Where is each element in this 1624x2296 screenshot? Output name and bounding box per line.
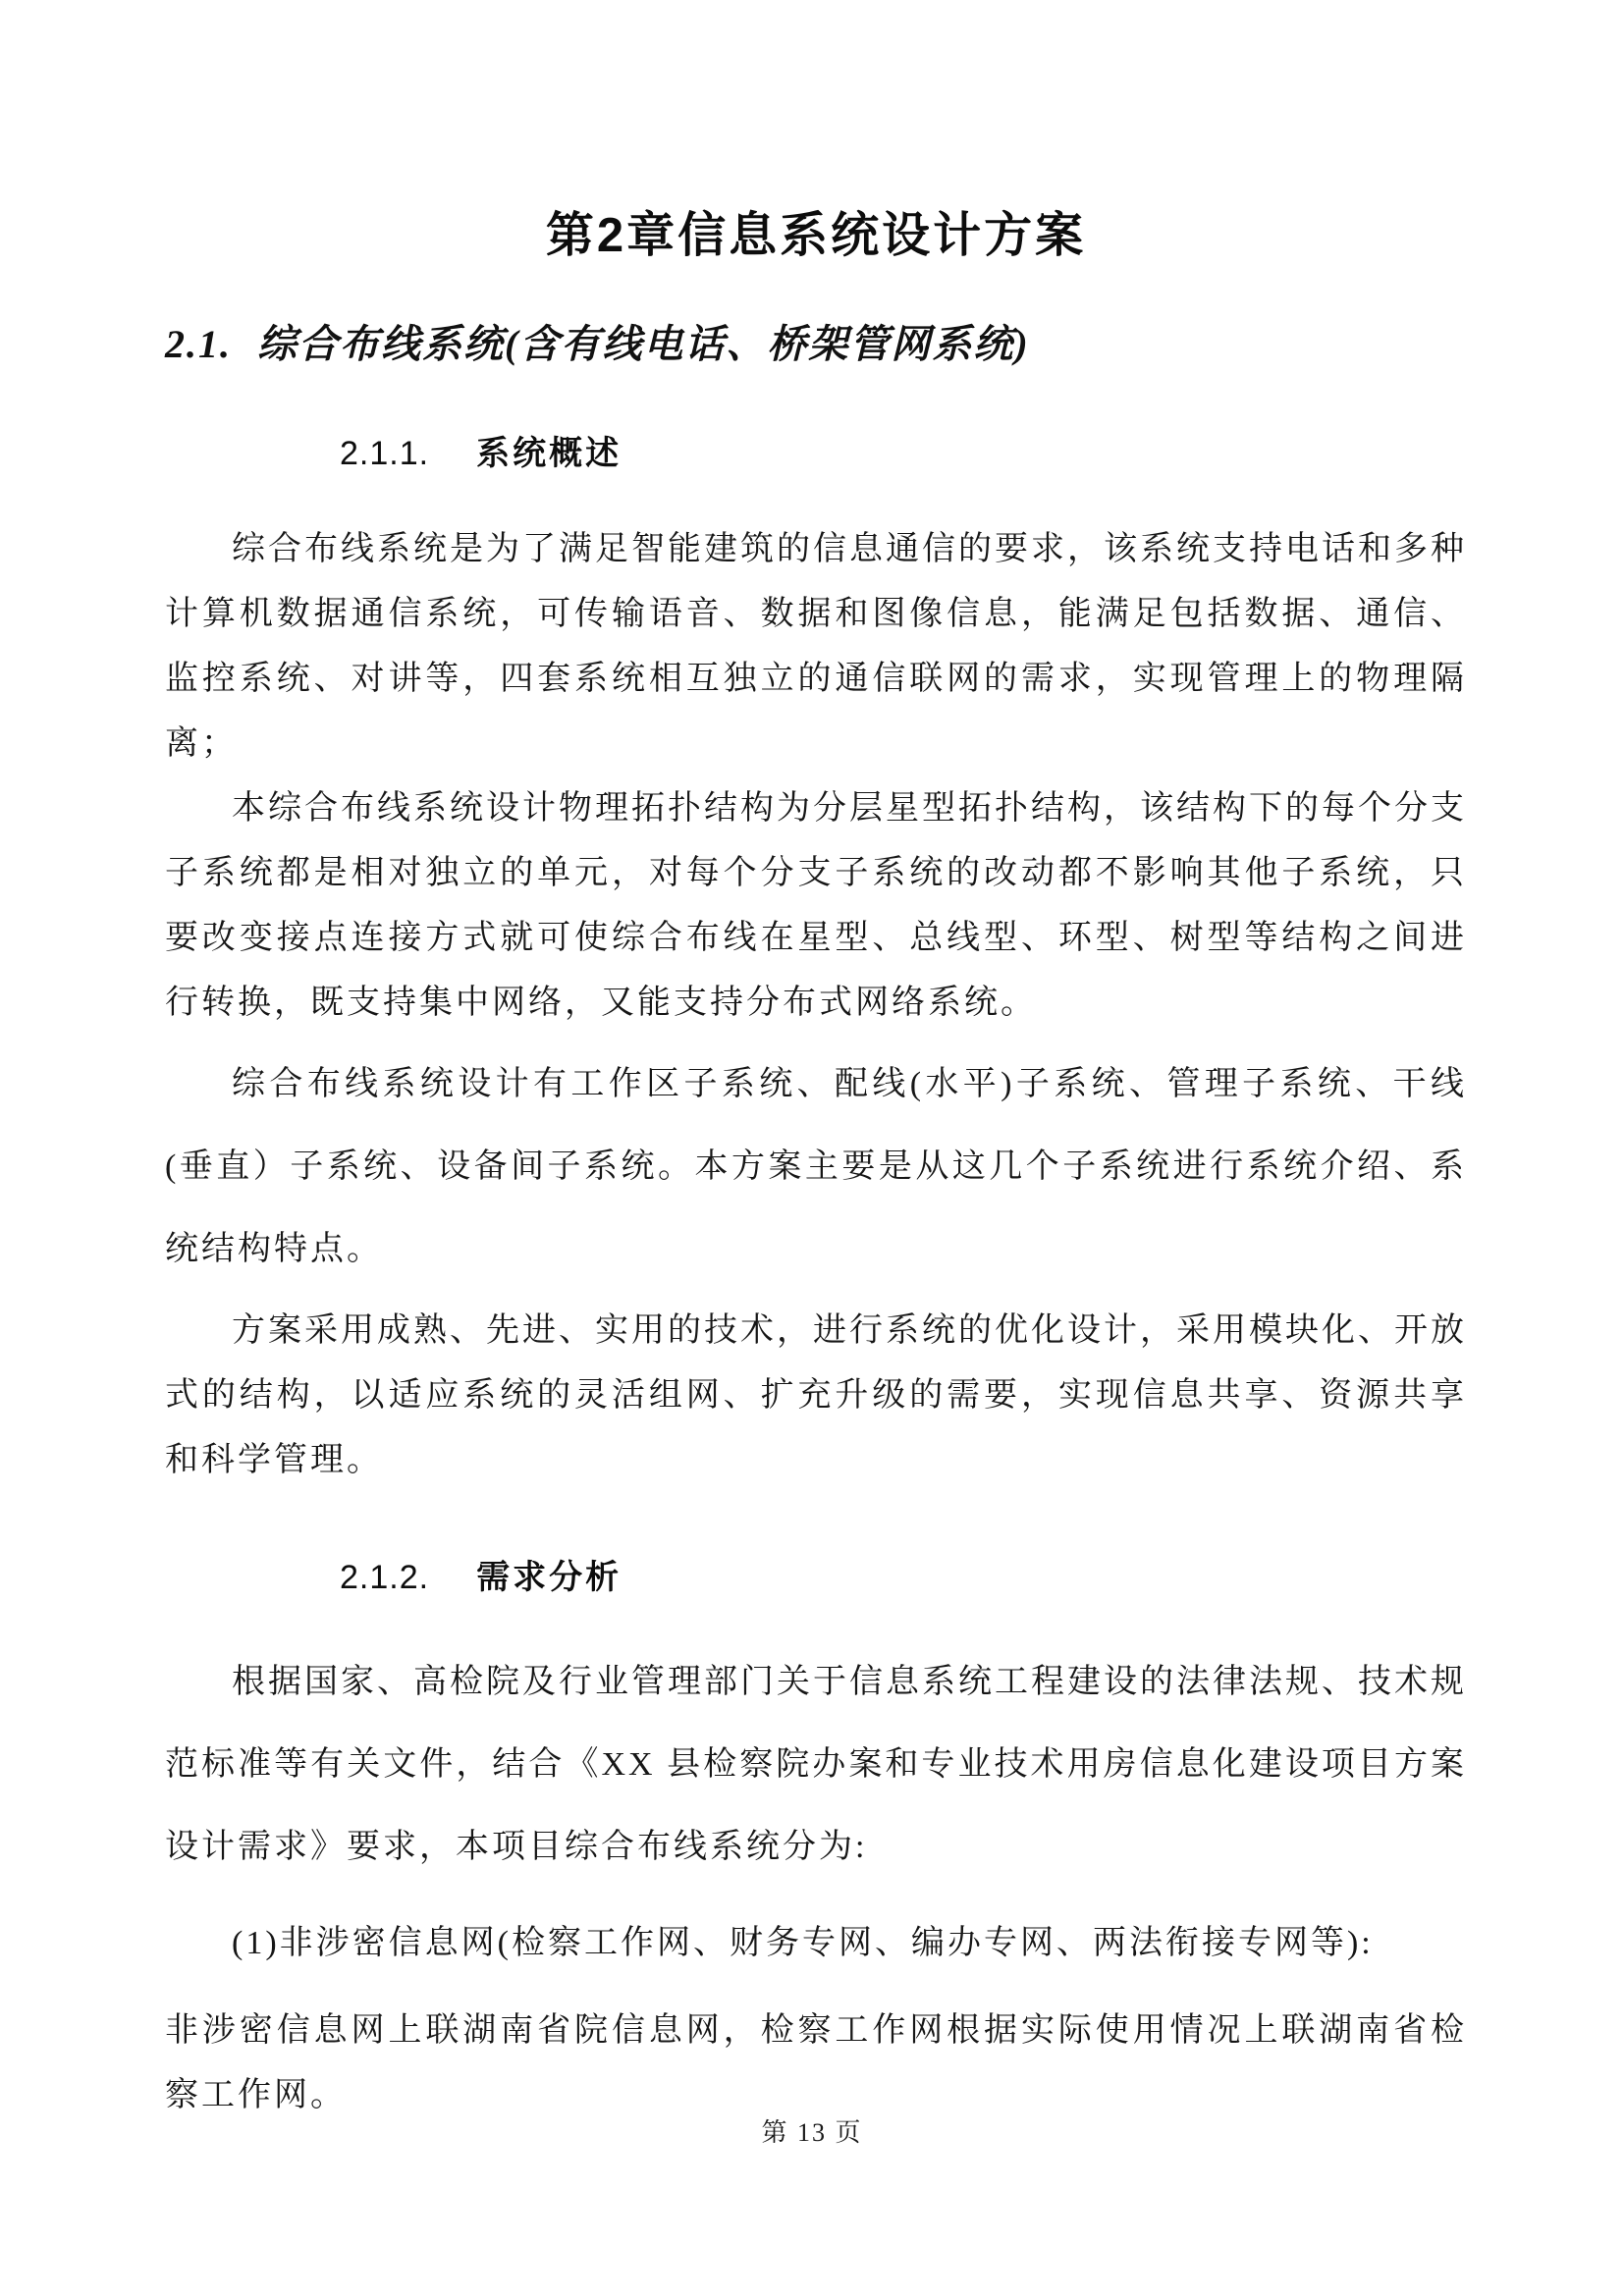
paragraph-requirements-2: (1)非涉密信息网(检察工作网、财务专网、编办专网、两法衔接专网等):	[165, 1902, 1467, 1985]
paragraph-requirements-1: 根据国家、高检院及行业管理部门关于信息系统工程建设的法律法规、技术规范标准等有关…	[165, 1641, 1467, 1889]
paragraph-system-overview-1: 综合布线系统是为了满足智能建筑的信息通信的要求，该系统支持电话和多种计算机数据通…	[165, 517, 1467, 776]
subsection-heading-2-1-2: 2.1.2.需求分析	[165, 1558, 1467, 1598]
subsection-title-text: 需求分析	[476, 1559, 622, 1596]
section-number: 2.1.	[165, 322, 232, 366]
paragraph-requirements-3: 非涉密信息网上联湖南省院信息网，检察工作网根据实际使用情况上联湖南省检察工作网。	[165, 1999, 1467, 2128]
subsection-heading-2-1-1: 2.1.1.系统概述	[165, 434, 1467, 474]
paragraph-system-overview-3: 综合布线系统设计有工作区子系统、配线(水平)子系统、管理子系统、干线(垂直）子系…	[165, 1043, 1467, 1291]
document-content: 第2章信息系统设计方案 2.1.综合布线系统(含有线电话、桥架管网系统) 2.1…	[0, 0, 1624, 2128]
paragraph-system-overview-2: 本综合布线系统设计物理拓扑结构为分层星型拓扑结构，该结构下的每个分支子系统都是相…	[165, 776, 1467, 1036]
chapter-title: 第2章信息系统设计方案	[165, 0, 1467, 263]
section-heading-2-1: 2.1.综合布线系统(含有线电话、桥架管网系统)	[165, 320, 1467, 369]
subsection-title-text: 系统概述	[476, 435, 622, 472]
page-number-footer: 第 13 页	[0, 2112, 1624, 2149]
document-page: 第2章信息系统设计方案 2.1.综合布线系统(含有线电话、桥架管网系统) 2.1…	[0, 0, 1624, 2296]
paragraph-system-overview-4: 方案采用成熟、先进、实用的技术，进行系统的优化设计，采用模块化、开放式的结构，以…	[165, 1299, 1467, 1493]
section-title-text: 综合布线系统(含有线电话、桥架管网系统)	[257, 322, 1030, 366]
subsection-number: 2.1.2.	[340, 1559, 429, 1596]
subsection-number: 2.1.1.	[340, 435, 429, 472]
